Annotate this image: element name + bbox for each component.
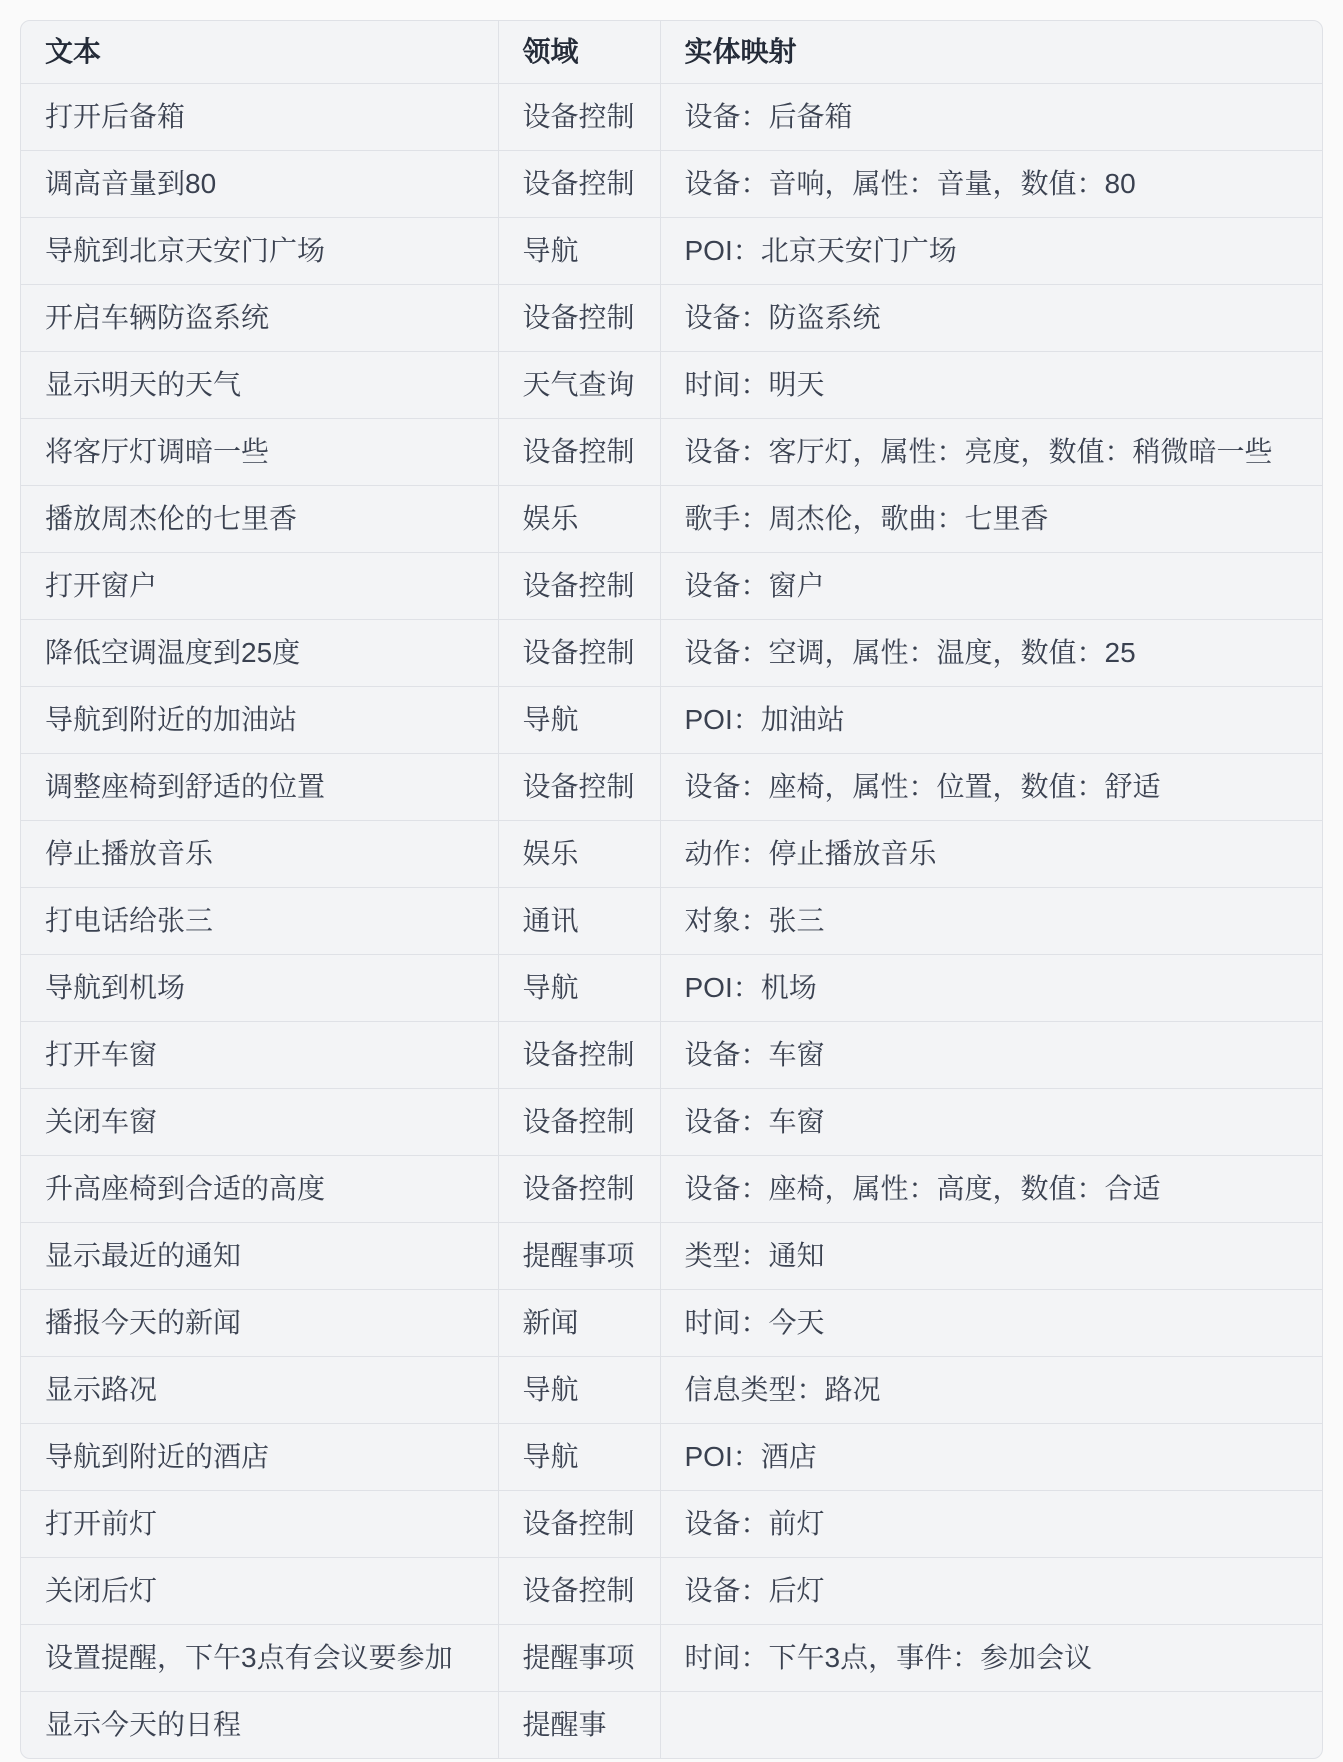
table-row: 打开车窗设备控制设备：车窗 (21, 1022, 1322, 1089)
entity-cell: 设备：车窗 (660, 1089, 1322, 1156)
entity-cell: POI：加油站 (660, 687, 1322, 754)
table-header: 文本 领域 实体映射 (21, 21, 1322, 84)
domain-cell: 设备控制 (498, 553, 660, 620)
text-cell: 将客厅灯调暗一些 (21, 419, 498, 486)
text-cell: 打开车窗 (21, 1022, 498, 1089)
text-cell: 播报今天的新闻 (21, 1290, 498, 1357)
entity-cell: 时间：明天 (660, 352, 1322, 419)
table-row: 关闭车窗设备控制设备：车窗 (21, 1089, 1322, 1156)
table-row: 升高座椅到合适的高度设备控制设备：座椅，属性：高度，数值：合适 (21, 1156, 1322, 1223)
text-cell: 打开前灯 (21, 1491, 498, 1558)
table-row: 导航到附近的酒店导航POI：酒店 (21, 1424, 1322, 1491)
column-header-text: 文本 (21, 21, 498, 84)
entity-cell: 设备：防盗系统 (660, 285, 1322, 352)
text-cell: 降低空调温度到25度 (21, 620, 498, 687)
domain-cell: 导航 (498, 955, 660, 1022)
text-cell: 导航到机场 (21, 955, 498, 1022)
entity-cell (660, 1692, 1322, 1759)
domain-cell: 导航 (498, 1424, 660, 1491)
domain-cell: 通讯 (498, 888, 660, 955)
text-cell: 显示最近的通知 (21, 1223, 498, 1290)
table-row: 显示今天的日程提醒事 (21, 1692, 1322, 1759)
text-cell: 升高座椅到合适的高度 (21, 1156, 498, 1223)
text-cell: 导航到北京天安门广场 (21, 218, 498, 285)
domain-cell: 导航 (498, 687, 660, 754)
text-cell: 调高音量到80 (21, 151, 498, 218)
text-cell: 调整座椅到舒适的位置 (21, 754, 498, 821)
entity-cell: 设备：空调，属性：温度，数值：25 (660, 620, 1322, 687)
entity-cell: 设备：客厅灯，属性：亮度，数值：稍微暗一些 (660, 419, 1322, 486)
table-row: 播报今天的新闻新闻时间：今天 (21, 1290, 1322, 1357)
domain-cell: 提醒事项 (498, 1625, 660, 1692)
entity-cell: 设备：座椅，属性：高度，数值：合适 (660, 1156, 1322, 1223)
table-row: 打开窗户设备控制设备：窗户 (21, 553, 1322, 620)
table-row: 调整座椅到舒适的位置设备控制设备：座椅，属性：位置，数值：舒适 (21, 754, 1322, 821)
entity-cell: 对象：张三 (660, 888, 1322, 955)
domain-cell: 设备控制 (498, 1558, 660, 1625)
domain-cell: 导航 (498, 1357, 660, 1424)
domain-cell: 设备控制 (498, 1022, 660, 1089)
page: 文本 领域 实体映射 打开后备箱设备控制设备：后备箱调高音量到80设备控制设备：… (0, 0, 1343, 1762)
table-row: 导航到附近的加油站导航POI：加油站 (21, 687, 1322, 754)
table-row: 关闭后灯设备控制设备：后灯 (21, 1558, 1322, 1625)
entity-cell: 设备：后灯 (660, 1558, 1322, 1625)
table-row: 打开前灯设备控制设备：前灯 (21, 1491, 1322, 1558)
table-row: 显示明天的天气天气查询时间：明天 (21, 352, 1322, 419)
table-row: 打电话给张三通讯对象：张三 (21, 888, 1322, 955)
domain-cell: 新闻 (498, 1290, 660, 1357)
table-row: 显示最近的通知提醒事项类型：通知 (21, 1223, 1322, 1290)
table-row: 显示路况导航信息类型：路况 (21, 1357, 1322, 1424)
mapping-table-container: 文本 领域 实体映射 打开后备箱设备控制设备：后备箱调高音量到80设备控制设备：… (20, 20, 1323, 1759)
entity-cell: 歌手：周杰伦，歌曲：七里香 (660, 486, 1322, 553)
entity-cell: POI：酒店 (660, 1424, 1322, 1491)
text-cell: 打电话给张三 (21, 888, 498, 955)
text-cell: 显示路况 (21, 1357, 498, 1424)
text-cell: 导航到附近的酒店 (21, 1424, 498, 1491)
domain-cell: 导航 (498, 218, 660, 285)
text-cell: 打开后备箱 (21, 84, 498, 151)
text-cell: 停止播放音乐 (21, 821, 498, 888)
table-row: 导航到机场导航POI：机场 (21, 955, 1322, 1022)
entity-cell: 设备：音响，属性：音量，数值：80 (660, 151, 1322, 218)
entity-cell: POI：机场 (660, 955, 1322, 1022)
text-cell: 显示明天的天气 (21, 352, 498, 419)
text-cell: 播放周杰伦的七里香 (21, 486, 498, 553)
domain-cell: 设备控制 (498, 419, 660, 486)
table-row: 播放周杰伦的七里香娱乐歌手：周杰伦，歌曲：七里香 (21, 486, 1322, 553)
entity-cell: 设备：窗户 (660, 553, 1322, 620)
text-cell: 开启车辆防盗系统 (21, 285, 498, 352)
text-cell: 关闭车窗 (21, 1089, 498, 1156)
table-row: 降低空调温度到25度设备控制设备：空调，属性：温度，数值：25 (21, 620, 1322, 687)
table-row: 打开后备箱设备控制设备：后备箱 (21, 84, 1322, 151)
entity-cell: 时间：今天 (660, 1290, 1322, 1357)
entity-cell: 设备：前灯 (660, 1491, 1322, 1558)
table-row: 将客厅灯调暗一些设备控制设备：客厅灯，属性：亮度，数值：稍微暗一些 (21, 419, 1322, 486)
domain-cell: 娱乐 (498, 486, 660, 553)
entity-cell: 动作：停止播放音乐 (660, 821, 1322, 888)
entity-cell: 设备：后备箱 (660, 84, 1322, 151)
entity-cell: 信息类型：路况 (660, 1357, 1322, 1424)
domain-cell: 提醒事项 (498, 1223, 660, 1290)
domain-cell: 设备控制 (498, 151, 660, 218)
table-row: 停止播放音乐娱乐动作：停止播放音乐 (21, 821, 1322, 888)
column-header-domain: 领域 (498, 21, 660, 84)
text-cell: 导航到附近的加油站 (21, 687, 498, 754)
text-cell: 关闭后灯 (21, 1558, 498, 1625)
entity-cell: 时间：下午3点，事件：参加会议 (660, 1625, 1322, 1692)
text-cell: 打开窗户 (21, 553, 498, 620)
domain-cell: 设备控制 (498, 620, 660, 687)
domain-cell: 设备控制 (498, 1156, 660, 1223)
domain-cell: 设备控制 (498, 84, 660, 151)
mapping-table: 文本 领域 实体映射 打开后备箱设备控制设备：后备箱调高音量到80设备控制设备：… (21, 21, 1322, 1758)
domain-cell: 天气查询 (498, 352, 660, 419)
domain-cell: 提醒事 (498, 1692, 660, 1759)
domain-cell: 娱乐 (498, 821, 660, 888)
column-header-entities: 实体映射 (660, 21, 1322, 84)
table-row: 调高音量到80设备控制设备：音响，属性：音量，数值：80 (21, 151, 1322, 218)
domain-cell: 设备控制 (498, 754, 660, 821)
header-row: 文本 领域 实体映射 (21, 21, 1322, 84)
text-cell: 设置提醒，下午3点有会议要参加 (21, 1625, 498, 1692)
table-row: 导航到北京天安门广场导航POI：北京天安门广场 (21, 218, 1322, 285)
entity-cell: POI：北京天安门广场 (660, 218, 1322, 285)
domain-cell: 设备控制 (498, 1491, 660, 1558)
table-body: 打开后备箱设备控制设备：后备箱调高音量到80设备控制设备：音响，属性：音量，数值… (21, 84, 1322, 1759)
table-row: 开启车辆防盗系统设备控制设备：防盗系统 (21, 285, 1322, 352)
domain-cell: 设备控制 (498, 285, 660, 352)
table-row: 设置提醒，下午3点有会议要参加提醒事项时间：下午3点，事件：参加会议 (21, 1625, 1322, 1692)
text-cell: 显示今天的日程 (21, 1692, 498, 1759)
entity-cell: 设备：车窗 (660, 1022, 1322, 1089)
domain-cell: 设备控制 (498, 1089, 660, 1156)
entity-cell: 类型：通知 (660, 1223, 1322, 1290)
entity-cell: 设备：座椅，属性：位置，数值：舒适 (660, 754, 1322, 821)
